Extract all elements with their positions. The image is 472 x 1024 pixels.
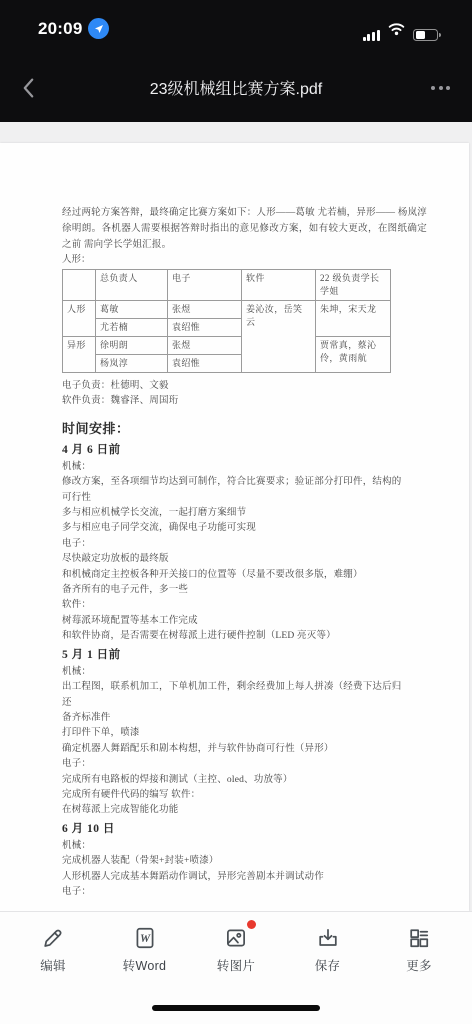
table-cell: 异形 bbox=[63, 337, 96, 373]
save-download-icon bbox=[314, 924, 341, 951]
more-options-button[interactable] bbox=[429, 80, 452, 96]
intro-paragraph: 经过两轮方案答辩，最终确定比赛方案如下：人形——葛敏 尤若楠，异形—— 杨岚淳 … bbox=[62, 205, 427, 253]
back-button[interactable] bbox=[10, 68, 46, 108]
clock: 20:09 bbox=[38, 19, 82, 39]
doc-line: 树莓派环境配置等基本工作完成 bbox=[62, 614, 427, 629]
table-row: 人形 葛敏 张煜 姜沁汝，岳笑云 朱坤，宋天龙 bbox=[63, 301, 391, 319]
section-heading: 5 月 1 日前 bbox=[62, 646, 427, 665]
table-cell: 杨岚淳 bbox=[96, 355, 168, 373]
battery-icon bbox=[413, 29, 438, 42]
doc-line: 电子： bbox=[62, 757, 427, 772]
home-indicator[interactable] bbox=[152, 1005, 320, 1011]
save-button[interactable]: 保存 bbox=[297, 924, 359, 974]
section-heading: 6 月 10 日 bbox=[62, 820, 427, 839]
wifi-icon bbox=[387, 22, 406, 41]
table-cell: 徐明朗 bbox=[96, 337, 168, 355]
doc-line: 软件： bbox=[62, 598, 427, 613]
doc-line: 完成所有电路板的焊接和测试（主控、oled、功放等） bbox=[62, 773, 427, 788]
doc-line: 完成机器人装配（骨架+封装+喷漆） bbox=[62, 854, 427, 869]
doc-line: 还 bbox=[62, 696, 427, 711]
more-tools-button[interactable]: 更多 bbox=[388, 924, 450, 974]
location-icon bbox=[88, 18, 109, 39]
section-heading: 4 月 6 日前 bbox=[62, 441, 427, 460]
bottom-toolbar: 编辑 W 转Word bbox=[0, 911, 472, 1024]
schedule-title: 时间安排： bbox=[62, 418, 427, 440]
doc-line: 尽快敲定功放板的最终版 bbox=[62, 552, 427, 567]
image-icon bbox=[223, 924, 250, 951]
doc-line: 机械： bbox=[62, 839, 427, 854]
table-row: 异形 徐明朗 张煜 贾常真，蔡沁伶，黄雨航 bbox=[63, 337, 391, 355]
doc-line: 多与相应电子同学交流，确保电子功能可实现 bbox=[62, 521, 427, 536]
doc-line: 电子： bbox=[62, 885, 427, 900]
note-line: 软件负责：魏睿泽、周国珩 bbox=[62, 394, 427, 409]
table-row: 总负责人 电子 软件 22 级负责学长学姐 bbox=[63, 270, 391, 301]
doc-line: 机械： bbox=[62, 460, 427, 475]
more-grid-icon bbox=[406, 924, 433, 951]
document-title: 23级机械组比赛方案.pdf bbox=[60, 76, 412, 99]
doc-line: 可行性 bbox=[62, 491, 427, 506]
doc-line: 电子： bbox=[62, 537, 427, 552]
table-cell: 22 级负责学长学姐 bbox=[316, 270, 391, 301]
table-cell: 张煜 bbox=[168, 301, 242, 319]
table-cell: 朱坤，宋天龙 bbox=[316, 301, 391, 337]
table-caption: 人形： bbox=[62, 253, 427, 268]
doc-line: 打印件下单，喷漆 bbox=[62, 726, 427, 741]
pencil-icon bbox=[40, 924, 67, 951]
doc-line: 完成所有硬件代码的编写 软件： bbox=[62, 788, 427, 803]
toolbar-label: 转Word bbox=[123, 956, 167, 974]
pdf-page[interactable]: 经过两轮方案答辩，最终确定比赛方案如下：人形——葛敏 尤若楠，异形—— 杨岚淳 … bbox=[0, 143, 469, 911]
doc-line: 修改方案，至各项细节均达到可制作，符合比赛要求；验证部分打印件，结构的 bbox=[62, 475, 427, 490]
table-cell: 袁绍惟 bbox=[168, 319, 242, 337]
table-cell: 尤若楠 bbox=[96, 319, 168, 337]
doc-line: 人形机器人完成基本舞蹈动作调试，异形完善剧本并调试动作 bbox=[62, 870, 427, 885]
doc-line: 出工程图，联系机加工，下单机加工件，剩余经费加上每人拼凑（经费下达后归 bbox=[62, 680, 427, 695]
toolbar-label: 转图片 bbox=[217, 956, 255, 974]
table-cell: 袁绍惟 bbox=[168, 355, 242, 373]
doc-line: 机械： bbox=[62, 665, 427, 680]
signal-icon bbox=[363, 29, 380, 41]
word-doc-icon: W bbox=[131, 924, 158, 951]
doc-line: 多与相应机械学长交流，一起打磨方案细节 bbox=[62, 506, 427, 521]
toolbar-label: 保存 bbox=[315, 956, 341, 974]
toolbar-label: 更多 bbox=[406, 956, 432, 974]
table-cell: 张煜 bbox=[168, 337, 242, 355]
convert-to-word-button[interactable]: W 转Word bbox=[114, 924, 176, 974]
status-bar: 20:09 bbox=[0, 0, 472, 54]
header-bar: 23级机械组比赛方案.pdf bbox=[0, 54, 472, 122]
doc-line: 在树莓派上完成智能化功能 bbox=[62, 803, 427, 818]
phone-screen: 20:09 23级机械组比赛方案.pdf bbox=[0, 0, 472, 1024]
table-cell: 电子 bbox=[168, 270, 242, 301]
table-cell bbox=[63, 270, 96, 301]
pdf-text-content: 经过两轮方案答辩，最终确定比赛方案如下：人形——葛敏 尤若楠，异形—— 杨岚淳 … bbox=[0, 143, 469, 900]
pdf-viewport: 经过两轮方案答辩，最终确定比赛方案如下：人形——葛敏 尤若楠，异形—— 杨岚淳 … bbox=[0, 122, 472, 911]
doc-line: 备齐标准件 bbox=[62, 711, 427, 726]
doc-line: 和软件协商，是否需要在树莓派上进行硬件控制（LED 亮灭等） bbox=[62, 629, 427, 644]
table-cell: 葛敏 bbox=[96, 301, 168, 319]
svg-text:W: W bbox=[139, 932, 150, 944]
table-cell: 人形 bbox=[63, 301, 96, 337]
notification-badge bbox=[247, 920, 256, 929]
doc-line: 确定机器人舞蹈配乐和剧本构想，并与软件协商可行性（异形） bbox=[62, 742, 427, 757]
table-cell: 贾常真，蔡沁伶，黄雨航 bbox=[316, 337, 391, 373]
convert-to-image-button[interactable]: 转图片 bbox=[205, 924, 267, 974]
edit-button[interactable]: 编辑 bbox=[22, 924, 84, 974]
note-line: 电子负责：杜德明、文毅 bbox=[62, 379, 427, 394]
table-cell: 软件 bbox=[242, 270, 316, 301]
toolbar-label: 编辑 bbox=[40, 956, 66, 974]
doc-line: 和机械商定主控板各种开关接口的位置等（尽量不要改很多版，难绷） bbox=[62, 568, 427, 583]
doc-line: 备齐所有的电子元件，多一些 bbox=[62, 583, 427, 598]
roster-table: 总负责人 电子 软件 22 级负责学长学姐 人形 葛敏 张煜 姜沁汝，岳笑云 朱… bbox=[62, 269, 391, 373]
table-cell: 姜沁汝，岳笑云 bbox=[242, 301, 316, 373]
table-cell: 总负责人 bbox=[96, 270, 168, 301]
